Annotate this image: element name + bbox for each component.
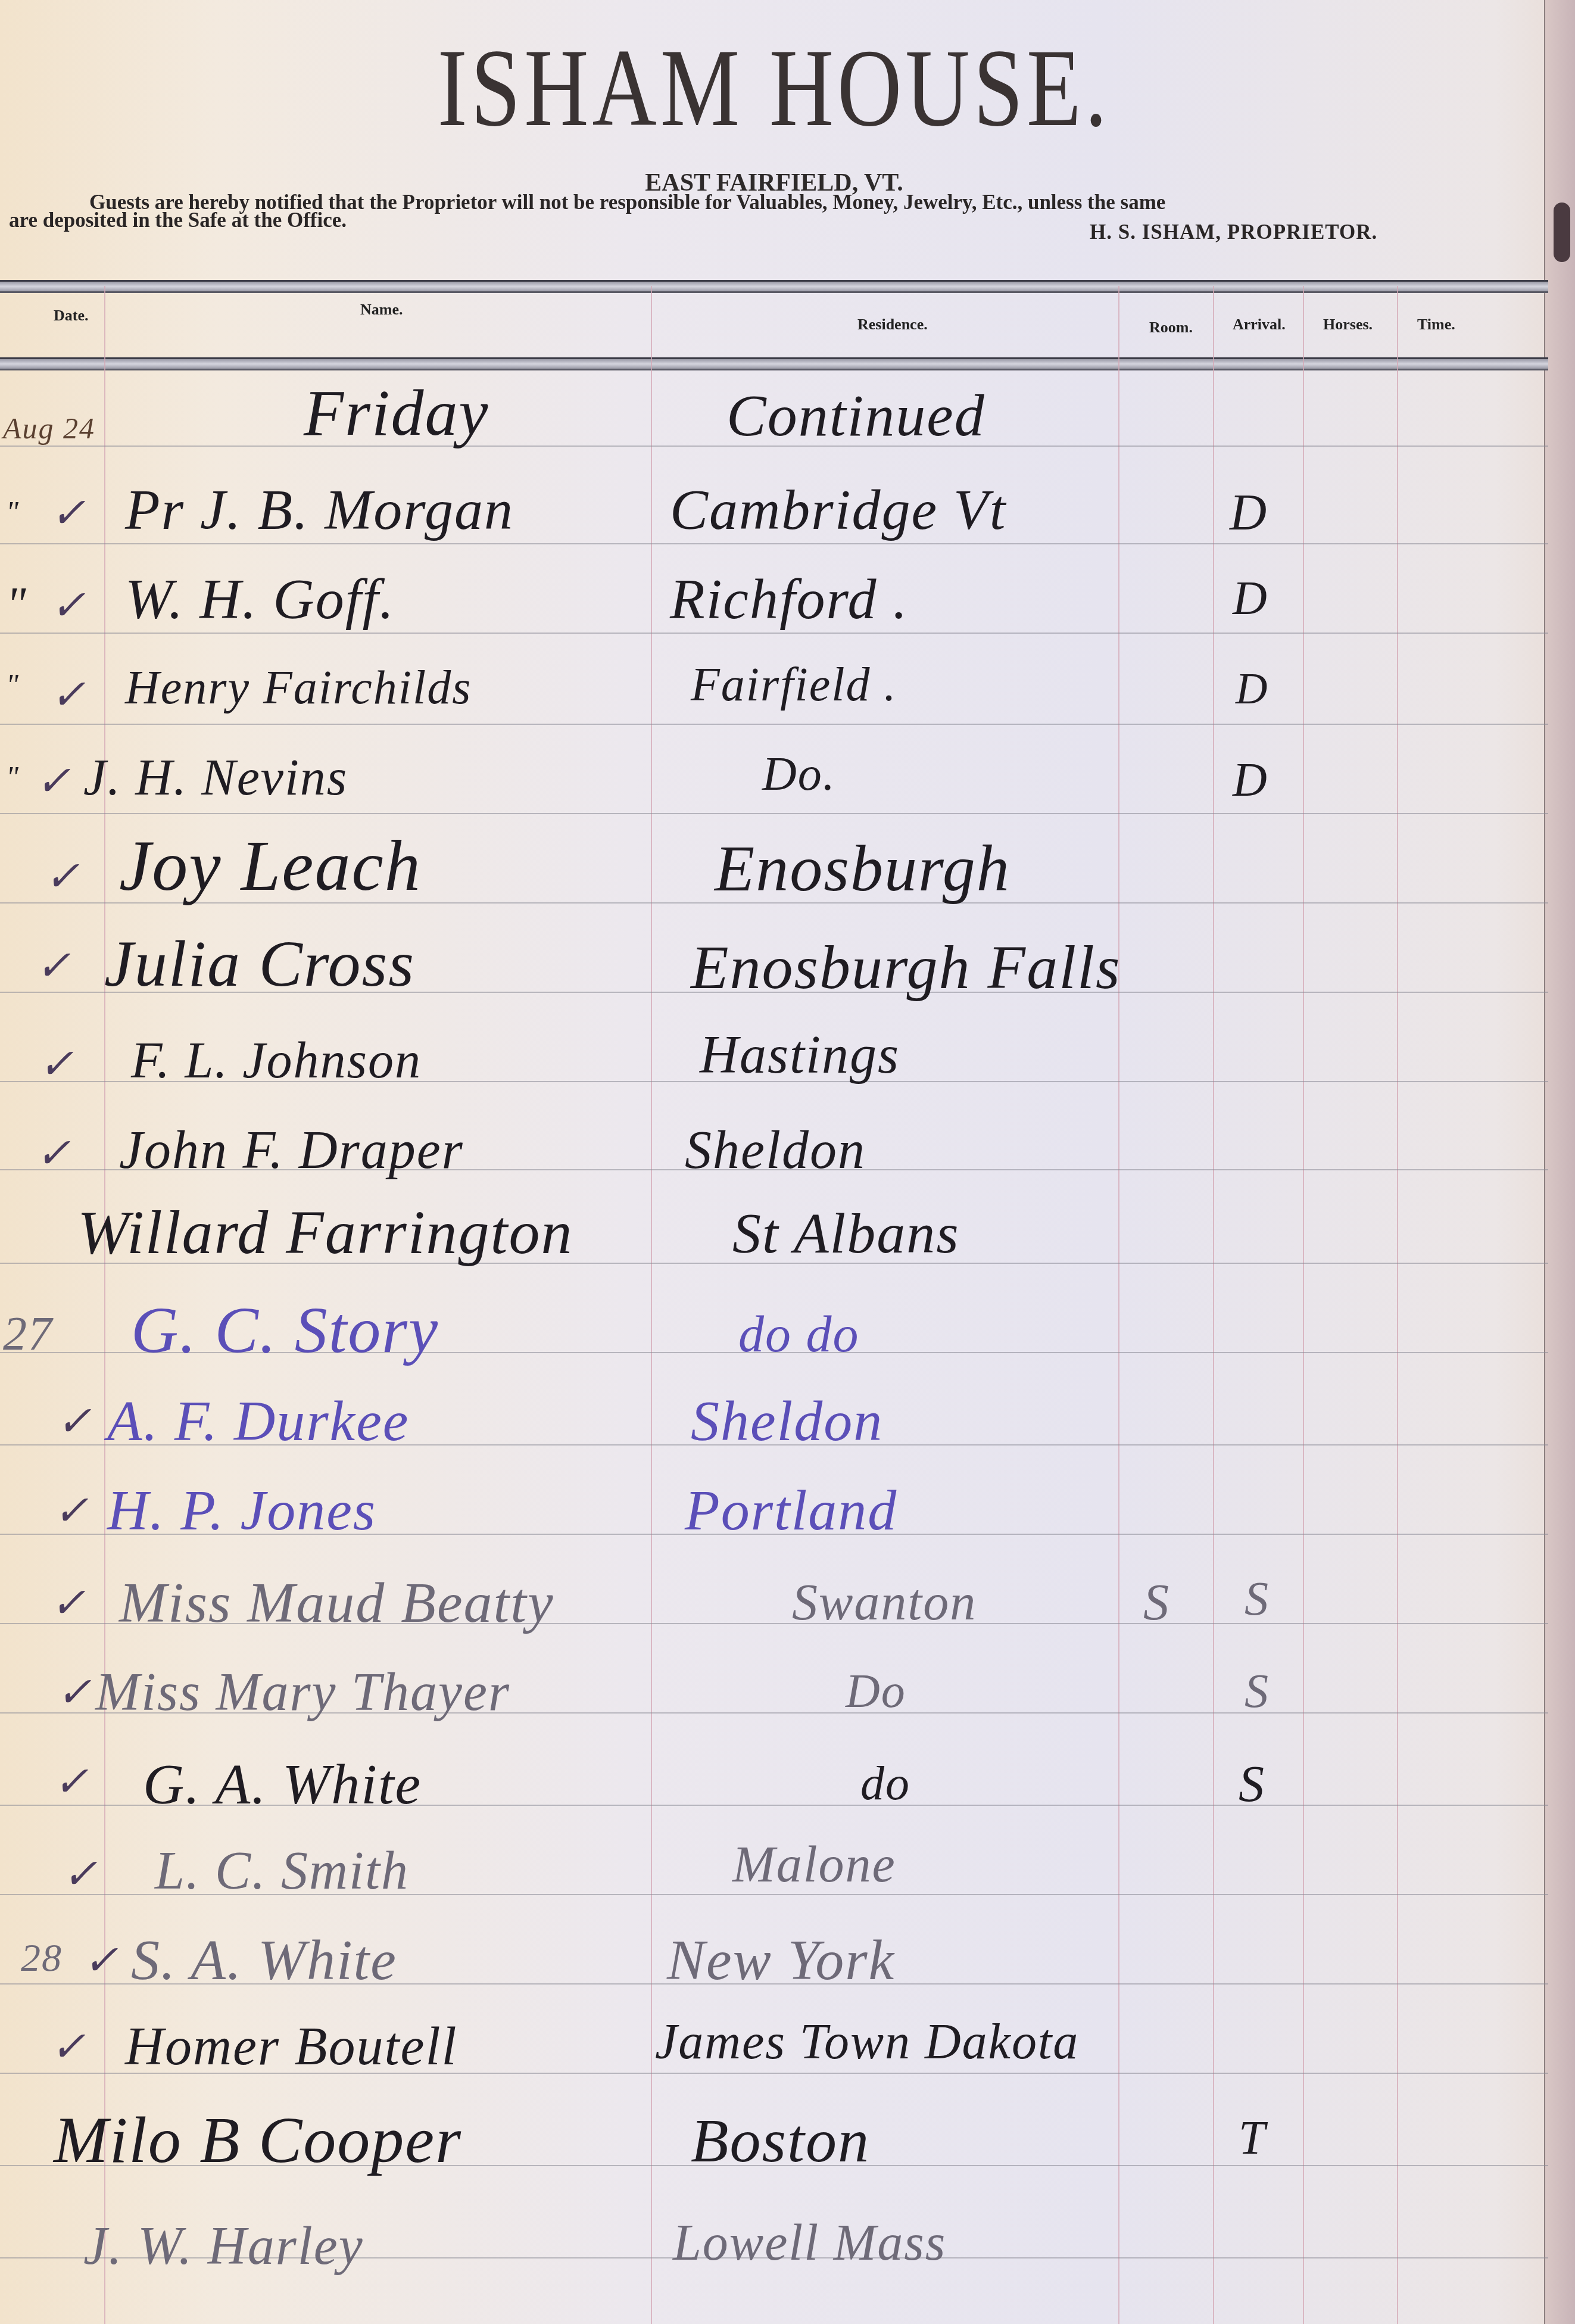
checkmark-icon: ✓ xyxy=(51,1578,86,1628)
entry-residence: Portland xyxy=(685,1477,897,1543)
column-rule xyxy=(104,286,105,2324)
column-horses: Horses. xyxy=(1323,316,1373,334)
entry-residence: Boston xyxy=(691,2105,870,2176)
entry-arrival: D xyxy=(1230,482,1268,542)
entry-date: 27 xyxy=(3,1307,53,1362)
checkmark-icon: ✓ xyxy=(63,1849,98,1899)
entry-room: S xyxy=(1143,1572,1170,1632)
column-residence: Residence. xyxy=(857,316,928,334)
entry-name: W. H. Goff. xyxy=(125,566,395,632)
entry-arrival: D xyxy=(1233,572,1268,626)
entry-name: John F. Draper xyxy=(119,1120,464,1181)
entry-name: G. A. White xyxy=(143,1751,422,1817)
checkmark-icon: ✓ xyxy=(57,1668,92,1717)
column-arrival: Arrival. xyxy=(1233,316,1286,334)
entry-name: L. C. Smith xyxy=(155,1840,409,1902)
entry-residence: Enosburgh Falls xyxy=(691,932,1121,1003)
checkmark-icon: ✓ xyxy=(54,1757,89,1806)
checkmark-icon: ✓ xyxy=(54,1486,89,1535)
entry-residence: Hastings xyxy=(700,1024,900,1086)
checkmark-icon: ✓ xyxy=(83,1936,118,1985)
entry-residence: Enosburgh xyxy=(715,831,1011,906)
column-name: Name. xyxy=(360,301,403,319)
entry-residence: Sheldon xyxy=(685,1120,866,1181)
entry-name: J. H. Nevins xyxy=(83,747,348,807)
column-room: Room. xyxy=(1149,319,1193,337)
checkmark-icon: ✓ xyxy=(51,670,86,719)
entry-date: " xyxy=(6,759,20,794)
entry-residence: do do xyxy=(738,1304,860,1364)
row-rule xyxy=(0,543,1548,544)
entry-residence: Do xyxy=(846,1665,906,1719)
register-page: ISHAM HOUSE. EAST FAIRFIELD, VT. Guests … xyxy=(0,0,1575,2324)
entry-name: A. F. Durkee xyxy=(107,1388,409,1454)
entry-name: G. C. Story xyxy=(131,1292,439,1368)
checkmark-icon: ✓ xyxy=(36,1129,71,1178)
entry-date: " xyxy=(6,578,27,632)
entry-arrival: D xyxy=(1236,664,1268,715)
entry-residence: Sheldon xyxy=(691,1388,883,1454)
entry-name: F. L. Johnson xyxy=(131,1030,422,1090)
column-time: Time. xyxy=(1417,316,1455,334)
entry-name: Henry Fairchilds xyxy=(125,661,472,715)
checkmark-icon: ✓ xyxy=(36,756,71,806)
entry-arrival: S xyxy=(1245,1665,1270,1719)
entry-name: J. W. Harley xyxy=(83,2216,364,2277)
entry-residence: Cambridge Vt xyxy=(670,476,1006,543)
row-rule xyxy=(0,724,1548,725)
entry-arrival: S xyxy=(1239,1754,1265,1814)
entry-name: S. A. White xyxy=(131,1927,397,1993)
date-heading: Aug 24 xyxy=(3,411,95,446)
entry-name: Pr J. B. Morgan xyxy=(125,476,514,543)
entry-arrival: D xyxy=(1233,753,1268,808)
day-heading: Friday xyxy=(304,375,489,451)
entry-residence: Swanton xyxy=(792,1572,977,1632)
entry-date: " xyxy=(6,667,20,702)
hotel-title: ISHAM HOUSE. xyxy=(0,24,1548,152)
row-rule xyxy=(0,633,1548,634)
header-rule-top xyxy=(0,280,1548,293)
entry-residence: Malone xyxy=(732,1834,896,1894)
entry-arrival: T xyxy=(1239,2111,1267,2166)
entry-residence: Richford . xyxy=(670,566,908,632)
entry-name: Milo B Cooper xyxy=(54,2102,462,2178)
checkmark-icon: ✓ xyxy=(51,488,86,538)
page-edge xyxy=(1544,0,1575,2324)
column-rule xyxy=(1397,286,1398,2324)
column-rule xyxy=(1303,286,1304,2324)
entry-residence: St Albans xyxy=(732,1200,960,1266)
entry-name: Joy Leach xyxy=(119,825,422,907)
column-rule xyxy=(1213,286,1214,2324)
header-rule-bottom xyxy=(0,357,1548,370)
entry-date: 28 xyxy=(21,1936,63,1981)
entry-residence: New York xyxy=(667,1927,895,1993)
entry-name: Miss Maud Beatty xyxy=(119,1569,554,1635)
entry-name: Homer Boutell xyxy=(125,2016,457,2077)
row-rule xyxy=(0,813,1548,814)
entry-name: Willard Farrington xyxy=(77,1197,573,1268)
checkmark-icon: ✓ xyxy=(51,2022,86,2071)
proprietor-signature: H. S. ISHAM, PROPRIETOR. xyxy=(1090,220,1377,244)
entry-name: Miss Mary Thayer xyxy=(95,1662,510,1723)
entry-residence: Lowell Mass xyxy=(673,2213,946,2272)
entry-date: " xyxy=(6,494,20,529)
column-rule xyxy=(1118,286,1119,2324)
entry-residence: do xyxy=(860,1757,910,1811)
checkmark-icon: ✓ xyxy=(36,941,71,990)
continued-heading: Continued xyxy=(726,381,985,450)
binding-clip xyxy=(1554,203,1570,262)
checkmark-icon: ✓ xyxy=(39,1039,74,1089)
notice-text-continued: are deposited in the Safe at the Office. xyxy=(9,208,347,232)
entry-name: H. P. Jones xyxy=(107,1477,376,1543)
checkmark-icon: ✓ xyxy=(51,581,86,630)
entry-residence: Do. xyxy=(762,747,836,802)
checkmark-icon: ✓ xyxy=(57,1397,92,1446)
checkmark-icon: ✓ xyxy=(45,852,80,901)
entry-name: Julia Cross xyxy=(104,926,415,1002)
column-rule xyxy=(651,286,652,2324)
entry-residence: James Town Dakota xyxy=(655,2013,1079,2071)
entry-residence: Fairfield . xyxy=(691,658,897,712)
column-date: Date. xyxy=(54,307,88,325)
entry-arrival: S xyxy=(1245,1572,1270,1627)
